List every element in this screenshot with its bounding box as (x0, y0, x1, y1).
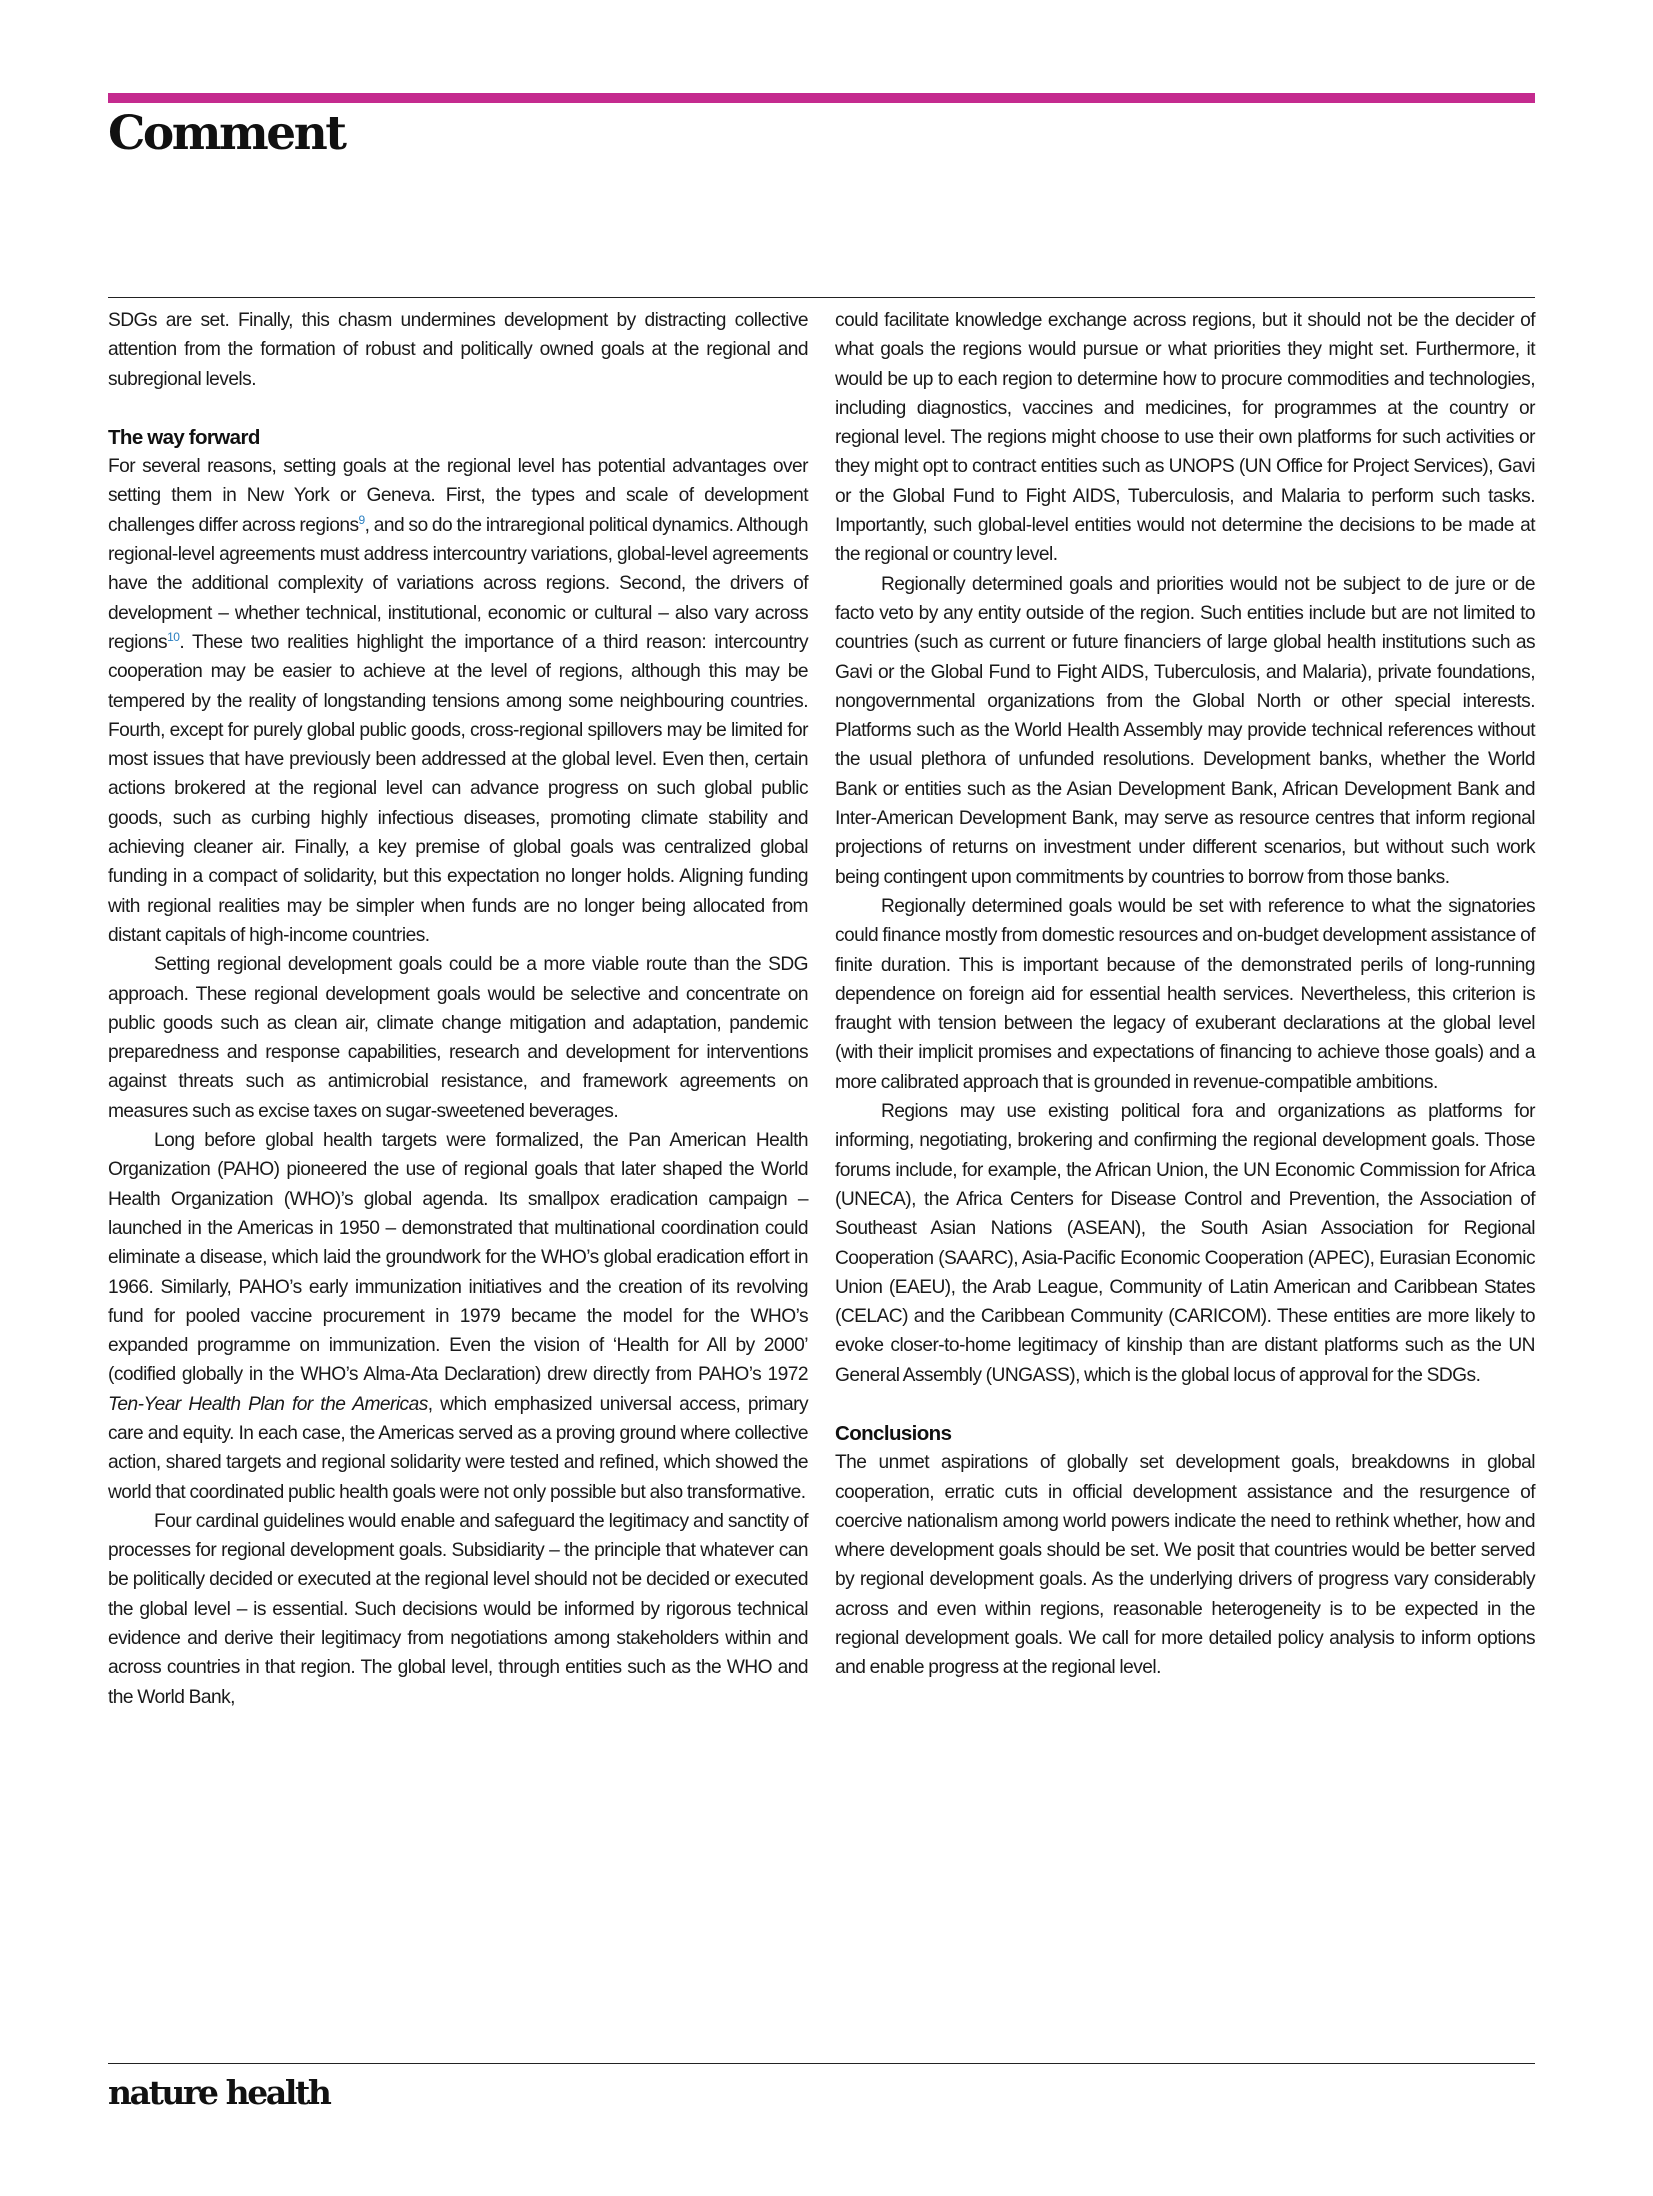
paragraph: SDGs are set. Finally, this chasm underm… (108, 306, 808, 394)
section-accent-bar (108, 93, 1535, 103)
paragraph: For several reasons, setting goals at th… (108, 452, 808, 950)
paragraph: Four cardinal guidelines would enable an… (108, 1507, 808, 1712)
spacer (835, 1390, 1535, 1419)
paragraph: Regionally determined goals would be set… (835, 892, 1535, 1097)
journal-logo: nature health (108, 2070, 329, 2116)
paragraph: could facilitate knowledge exchange acro… (835, 306, 1535, 570)
paragraph: Regions may use existing political fora … (835, 1097, 1535, 1390)
text: . These two realities highlight the impo… (108, 632, 808, 946)
paragraph: Regionally determined goals and prioriti… (835, 570, 1535, 892)
text: Long before global health targets were f… (108, 1130, 808, 1385)
italic-title: Ten-Year Health Plan for the Americas (108, 1394, 428, 1415)
paragraph: The unmet aspirations of globally set de… (835, 1448, 1535, 1682)
paragraph: Setting regional development goals could… (108, 950, 808, 1126)
heading-way-forward: The way forward (108, 423, 808, 452)
top-divider (108, 297, 1535, 298)
left-column: SDGs are set. Finally, this chasm underm… (108, 306, 808, 1712)
spacer (108, 394, 808, 423)
bottom-divider (108, 2063, 1535, 2064)
right-column: could facilitate knowledge exchange acro… (835, 306, 1535, 1683)
article-page: Comment SDGs are set. Finally, this chas… (108, 0, 1535, 2196)
section-title: Comment (108, 104, 345, 164)
paragraph: Long before global health targets were f… (108, 1126, 808, 1507)
heading-conclusions: Conclusions (835, 1419, 1535, 1448)
reference-link-10[interactable]: 10 (167, 630, 179, 644)
